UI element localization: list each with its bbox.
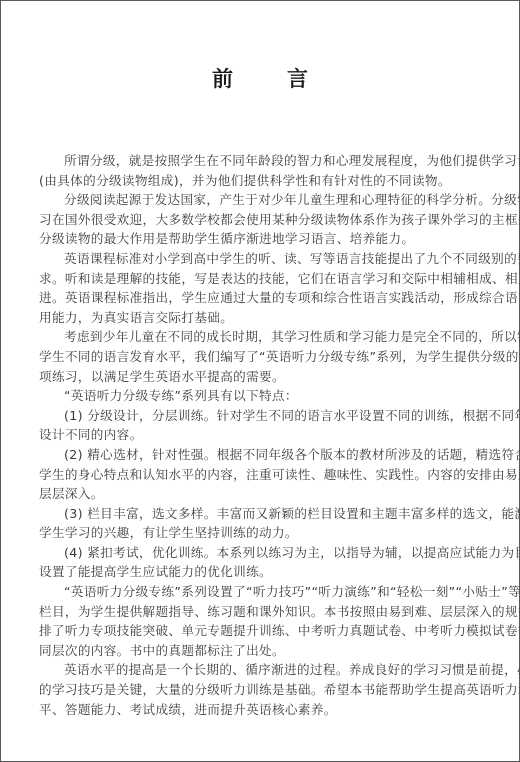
text-line: 学生的身心特点和认知水平的内容，注重可读性、趣味性、实践性。内容的安排由易到难、 (39, 465, 455, 485)
text-line: 进。英语课程标准指出，学生应通过大量的专项和综合性语言实践活动，形成综合语言运 (39, 288, 455, 308)
text-line: 同层次的内容。书中的真题都标注了出处。 (39, 641, 455, 661)
page-title: 前言 (1, 63, 519, 93)
text-line: 所谓分级，就是按照学生在不同年龄段的智力和心理发展程度，为他们提供学习计划 (39, 151, 455, 171)
text-line: 英语水平的提高是一个长期的、循序渐进的过程。养成良好的学习习惯是前提，必要 (39, 660, 455, 680)
text-line: (1) 分级设计，分层训练。针对学生不同的语言水平设置不同的训练，根据不同年级 (39, 406, 455, 426)
text-line: 栏目，为学生提供解题指导、练习题和课外知识。本书按照由易到难、层层深入的规律安 (39, 602, 455, 622)
text-line: 学生学习的兴趣，有让学生坚持训练的动力。 (39, 523, 455, 543)
text-line: 学生不同的语言发育水平，我们编写了“英语听力分级专练”系列，为学生提供分级的专 (39, 347, 455, 367)
text-line: (4) 紧扣考试，优化训练。本系列以练习为主，以指导为辅，以提高应试能力为目的， (39, 543, 455, 563)
text-line: 英语课程标准对小学到高中学生的听、读、写等语言技能提出了九个不同级别的要 (39, 249, 455, 269)
text-line: 设计不同的内容。 (39, 425, 455, 445)
text-line: 平、答题能力、考试成绩，进而提升英语核心素养。 (39, 700, 455, 720)
text-line: 考虑到少年儿童在不同的成长时期，其学习性质和学习能力是完全不同的，所以针对 (39, 327, 455, 347)
text-line: (由具体的分级读物组成)，并为他们提供科学性和有针对性的不同读物。 (39, 171, 455, 191)
text-line: (2) 精心选材，针对性强。根据不同年级各个版本的教材所涉及的话题，精选符合中 (39, 445, 455, 465)
text-line: 习在国外很受欢迎，大多数学校都会使用某种分级读物体系作为孩子课外学习的主框架。 (39, 210, 455, 230)
text-line: 的学习技巧是关键，大量的分级听力训练是基础。希望本书能帮助学生提高英语听力水 (39, 680, 455, 700)
text-line: 分级阅读起源于发达国家，产生于对少年儿童生理和心理特征的科学分析。分级学 (39, 190, 455, 210)
page-title-char-2: 言 (287, 63, 308, 93)
text-line: “英语听力分级专练”系列具有以下特点： (39, 386, 455, 406)
text-line: 分级读物的最大作用是帮助学生循序渐进地学习语言、培养能力。 (39, 229, 455, 249)
page-title-char-1: 前 (212, 63, 233, 93)
document-page: 前言 所谓分级，就是按照学生在不同年龄段的智力和心理发展程度，为他们提供学习计划… (0, 0, 520, 762)
text-line: 项练习，以满足学生英语水平提高的需要。 (39, 367, 455, 387)
text-line: 求。听和读是理解的技能，写是表达的技能，它们在语言学习和交际中相辅相成、相互促 (39, 269, 455, 289)
text-line: 排了听力专项技能突破、单元专题提升训练、中考听力真题试卷、中考听力模拟试卷等不 (39, 621, 455, 641)
text-line: “英语听力分级专练”系列设置了“听力技巧”“听力演练”和“轻松一刻”“小贴士”等 (39, 582, 455, 602)
text-line: 设置了能提高学生应试能力的优化训练。 (39, 562, 455, 582)
text-line: (3) 栏目丰富，选文多样。丰富而又新颖的栏目设置和主题丰富多样的选文，能激起 (39, 504, 455, 524)
text-line: 层层深入。 (39, 484, 455, 504)
text-line: 用能力，为真实语言交际打基础。 (39, 308, 455, 328)
preface-body: 所谓分级，就是按照学生在不同年龄段的智力和心理发展程度，为他们提供学习计划 (由… (39, 151, 455, 719)
